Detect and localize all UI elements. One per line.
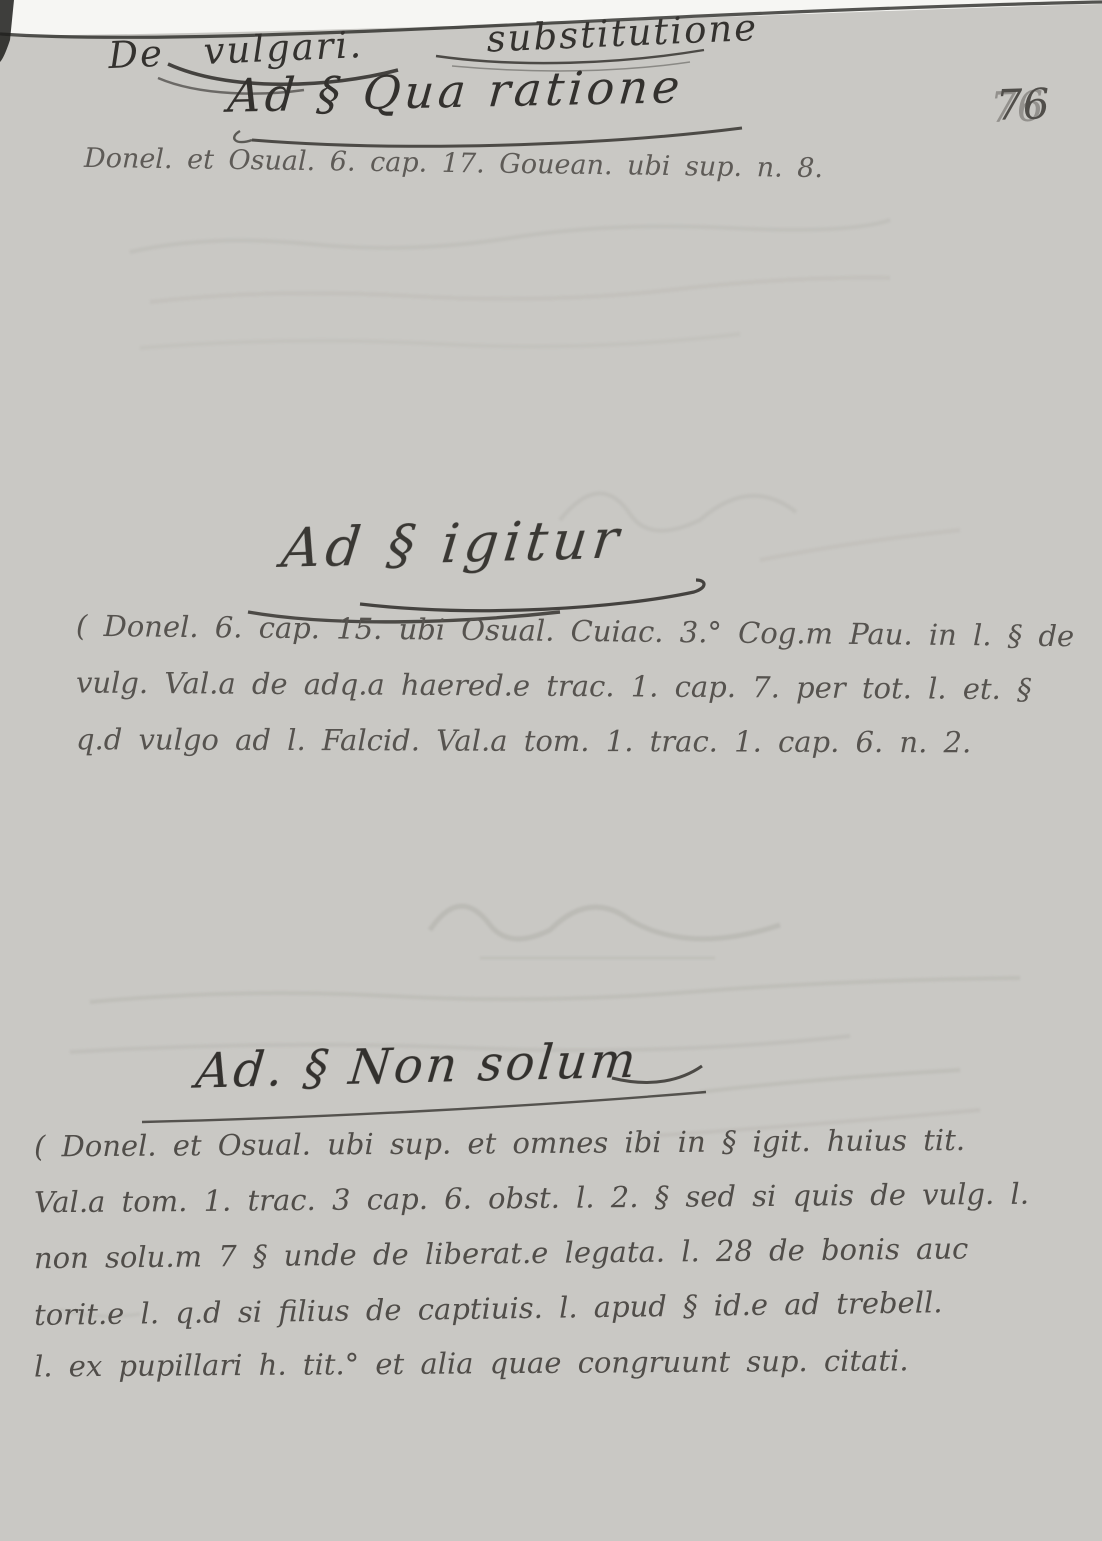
- underline-qua-ratione-curl: [234, 131, 252, 142]
- heading-non-solum: Ad. § Non solum: [193, 1033, 641, 1100]
- running-title-word-de: De: [107, 32, 164, 77]
- text-line: l. ex pupillari h. tit.° et alia quae co…: [34, 1341, 1029, 1386]
- text-line: Val.a tom. 1. trac. 3 cap. 6. obst. l. 2…: [34, 1175, 1029, 1222]
- text-line: torit.e l. q.d si filius de captiuis. l.…: [34, 1282, 1029, 1334]
- text-line: non solu.m 7 § unde de liberat.e legata.…: [34, 1229, 1029, 1277]
- text-line: ( Donel. 6. cap. 15. ubi Osual. Cuiac. 3…: [76, 607, 1075, 655]
- underline-qua-ratione: [252, 128, 742, 146]
- underline-igitur-right: [360, 580, 704, 611]
- text-line: ( Donel. et Osual. ubi sup. et omnes ibi…: [34, 1121, 1029, 1166]
- text-line: vulg. Val.a de adq.a haered.e trac. 1. c…: [76, 664, 1074, 709]
- folio-number: 76: [995, 79, 1050, 130]
- heading-igitur: Ad § igitur: [279, 507, 627, 580]
- paragraph-non-solum: ( Donel. et Osual. ubi sup. et omnes ibi…: [34, 1124, 1029, 1399]
- text-line: q.d vulgo ad l. Falcid. Val.a tom. 1. tr…: [76, 720, 1074, 761]
- manuscript-scan: 76 De vulgari. substitutione Ad § Qua ra…: [0, 0, 1102, 1541]
- paragraph-igitur: ( Donel. 6. cap. 15. ubi Osual. Cuiac. 3…: [76, 612, 1074, 777]
- ink-flourishes: [142, 50, 742, 1122]
- heading-qua-ratione: Ad § Qua ratione: [226, 59, 686, 123]
